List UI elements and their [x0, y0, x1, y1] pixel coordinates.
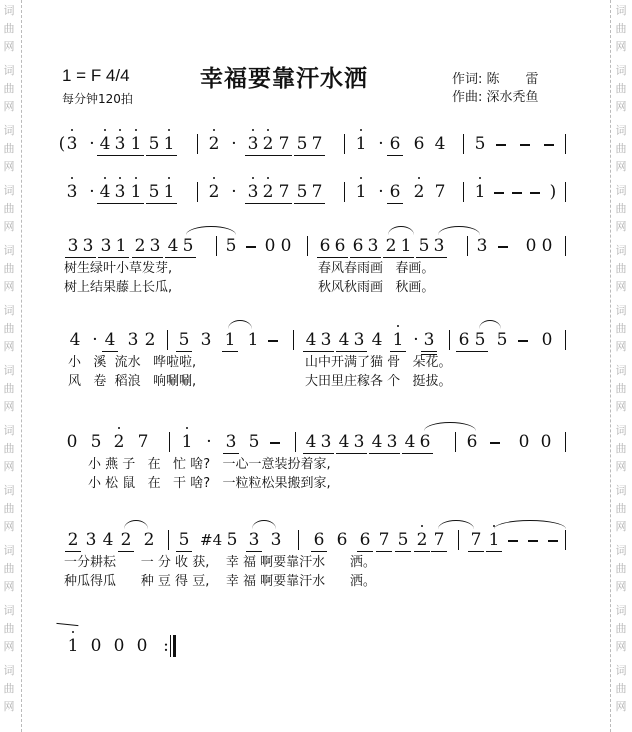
note: 2 [416, 530, 428, 550]
watermark-char: 网 [614, 518, 628, 536]
note: 4 [434, 134, 446, 154]
bar-line [167, 330, 168, 350]
bar-line [169, 432, 170, 452]
lyric-line: 一分耕耘 一 分 收 获, 幸 福 啊要靠汗水 洒。 [64, 555, 376, 571]
note: 3 [100, 236, 112, 256]
note: 3 [67, 236, 79, 256]
note: 6 [352, 236, 364, 256]
note: 3 [423, 330, 435, 350]
note: 5 [148, 134, 160, 154]
watermark-char: 网 [2, 398, 16, 416]
watermark-char: 曲 [2, 20, 16, 38]
high-octave-dot [360, 129, 362, 131]
composer-name: 深水秃鱼 [487, 90, 539, 105]
tie-slur [124, 520, 148, 529]
note: 2 [262, 182, 274, 202]
note: 3 [82, 236, 94, 256]
watermark-char: 曲 [614, 440, 628, 458]
watermark-char: 网 [2, 698, 16, 716]
note: 6 [334, 236, 346, 256]
note: 6 [389, 182, 401, 202]
note: 7 [434, 182, 446, 202]
watermark-char: 词 [614, 662, 628, 680]
sustain-dash [270, 442, 280, 444]
watermark-char: 词 [614, 242, 628, 260]
note: 2 [262, 134, 274, 154]
dotted-note-mark: · [228, 134, 240, 154]
note: 4 [338, 330, 350, 350]
note: 3 [149, 236, 161, 256]
lyric-line: 山中开满了猫 骨 朵花。 [305, 355, 452, 371]
watermark-char: 网 [614, 38, 628, 56]
note: 3 [247, 182, 259, 202]
watermark-char: 网 [614, 638, 628, 656]
note: 1 [355, 134, 367, 154]
note: 7 [278, 134, 290, 154]
note: 3 [225, 432, 237, 452]
note: 0 [525, 236, 537, 256]
watermark-char: 曲 [614, 200, 628, 218]
sustain-dash [518, 340, 528, 342]
watermark-char: 词 [2, 542, 16, 560]
left-margin-line [21, 0, 22, 732]
note: 0 [540, 432, 552, 452]
bar-line [565, 530, 566, 550]
note: 3 [367, 236, 379, 256]
dotted-note-mark: · [375, 134, 387, 154]
note: 3 [66, 134, 78, 154]
note: 6 [359, 530, 371, 550]
dotted-note-mark: · [86, 134, 98, 154]
note: 1 [181, 432, 193, 452]
note: 3 [270, 530, 282, 550]
bar-line [197, 182, 198, 202]
note: 7 [278, 182, 290, 202]
note: 2 [134, 236, 146, 256]
sustain-dash [246, 246, 256, 248]
note: 4 [371, 432, 383, 452]
bar-line [298, 530, 299, 550]
lyric-line: 秋风秋雨画 秋画。 [318, 280, 434, 296]
high-octave-dot [168, 177, 170, 179]
tie-slur [228, 320, 252, 329]
composer-label: 作曲: [452, 90, 482, 105]
note: 1 [130, 134, 142, 154]
note: 0 [264, 236, 276, 256]
note: 2 [385, 236, 397, 256]
watermark-char: 曲 [2, 620, 16, 638]
high-octave-dot [135, 129, 137, 131]
note: 1 [355, 182, 367, 202]
tie-slur [438, 226, 480, 235]
watermark-char: 词 [2, 482, 16, 500]
watermark-char: 曲 [2, 200, 16, 218]
note: 0 [280, 236, 292, 256]
note: 4 [102, 530, 114, 550]
note: 6 [458, 330, 470, 350]
note: 5 [90, 432, 102, 452]
note: 5 [418, 236, 430, 256]
bar-line [293, 330, 294, 350]
watermark-char: 词 [614, 422, 628, 440]
lyric-line: 种瓜得瓜 种 豆 得 豆, 幸 福 啊要靠汗水 洒。 [64, 574, 376, 590]
sustain-dash [496, 144, 506, 146]
note: 5 [226, 530, 238, 550]
note: 4 [99, 134, 111, 154]
note: 1 [400, 236, 412, 256]
end-repeat-thick-bar [173, 635, 176, 657]
watermark-char: 网 [2, 218, 16, 236]
note: 0 [518, 432, 530, 452]
note: 5 [248, 432, 260, 452]
bar-line [467, 236, 468, 256]
tie-continuation [56, 623, 79, 634]
watermark-char: 曲 [2, 140, 16, 158]
dotted-note-mark: · [410, 330, 422, 350]
high-octave-dot [267, 177, 269, 179]
tempo: 每分钟120拍 [62, 90, 133, 107]
note: 5 [496, 330, 508, 350]
high-octave-dot [104, 177, 106, 179]
lyricist-name: 陈 雷 [487, 72, 539, 87]
note: 0 [113, 636, 125, 656]
note: 1 [474, 182, 486, 202]
dotted-note-mark: · [375, 182, 387, 202]
note: 3 [386, 432, 398, 452]
watermark-char: 网 [2, 278, 16, 296]
high-octave-dot [267, 129, 269, 131]
sustain-dash [548, 540, 558, 542]
watermark-char: 词 [2, 302, 16, 320]
high-octave-dot [360, 177, 362, 179]
watermark-char: 词 [2, 2, 16, 20]
sustain-dash [528, 540, 538, 542]
note: 5 [178, 330, 190, 350]
tie-slur [479, 320, 501, 329]
note: 1 [163, 182, 175, 202]
watermark-char: 网 [2, 158, 16, 176]
high-octave-dot [186, 427, 188, 429]
note: 2 [113, 432, 125, 452]
watermark-char: 曲 [614, 500, 628, 518]
watermark-char: 网 [614, 218, 628, 236]
note: 3 [353, 330, 365, 350]
watermark-char: 词 [614, 182, 628, 200]
watermark-char: 曲 [614, 80, 628, 98]
bar-line [449, 330, 450, 350]
note: 4 [338, 432, 350, 452]
watermark-char: 网 [614, 698, 628, 716]
high-octave-dot [71, 177, 73, 179]
song-title: 幸福要靠汗水洒 [200, 60, 368, 93]
bar-line [458, 530, 459, 550]
high-octave-dot [418, 177, 420, 179]
dotted-note-mark: · [228, 182, 240, 202]
note: 5 [296, 182, 308, 202]
note: 4 [371, 330, 383, 350]
note: 6 [413, 134, 425, 154]
note: 5 [225, 236, 237, 256]
bar-line [565, 236, 566, 256]
right-margin-line [610, 0, 611, 732]
note: 5 [148, 182, 160, 202]
note: 3 [85, 530, 97, 550]
note: 2 [143, 530, 155, 550]
watermark-char: 词 [614, 362, 628, 380]
watermark-char: 词 [614, 2, 628, 20]
watermark-char: 曲 [2, 500, 16, 518]
note: 4 [69, 330, 81, 350]
lyric-line: 小 燕 子 在 忙 啥? 一心一意装扮着家, [88, 457, 331, 473]
watermark-char: 曲 [2, 320, 16, 338]
note: 6 [319, 236, 331, 256]
sustain-dash [512, 192, 522, 194]
watermark-char: 曲 [2, 680, 16, 698]
watermark-char: 曲 [614, 560, 628, 578]
high-octave-dot [479, 177, 481, 179]
high-octave-dot [213, 129, 215, 131]
note: 7 [378, 530, 390, 550]
lyric-line: 大田里庄稼各 个 挺拔。 [305, 374, 452, 390]
note: 3 [127, 330, 139, 350]
note: 2 [208, 134, 220, 154]
note: 0 [541, 236, 553, 256]
watermark-char: 曲 [614, 140, 628, 158]
note: ) [547, 182, 559, 202]
note: 3 [114, 182, 126, 202]
bar-line [463, 134, 464, 154]
note: 4 [167, 236, 179, 256]
note: 5 [474, 134, 486, 154]
watermark-char: 词 [614, 602, 628, 620]
note: 7 [470, 530, 482, 550]
note: 1 [247, 330, 259, 350]
watermark-char: 曲 [2, 380, 16, 398]
watermark-char: 词 [614, 542, 628, 560]
dotted-note-mark: · [203, 432, 215, 452]
bar-line [565, 330, 566, 350]
note: 2 [144, 330, 156, 350]
note: 3 [200, 330, 212, 350]
note: 4 [404, 432, 416, 452]
note: 3 [248, 530, 260, 550]
watermark-char: 曲 [614, 680, 628, 698]
note: 3 [320, 432, 332, 452]
sustain-dash [520, 144, 530, 146]
composer-credit: 作曲: 深水秃鱼 [452, 86, 539, 105]
watermark-char: 词 [614, 482, 628, 500]
note: 2 [67, 530, 79, 550]
tie-slur [494, 520, 566, 529]
note: 0 [66, 432, 78, 452]
watermark-char: 词 [614, 302, 628, 320]
high-octave-dot [119, 177, 121, 179]
note: 7 [311, 134, 323, 154]
watermark-char: 词 [2, 662, 16, 680]
watermark-char: 词 [614, 62, 628, 80]
note: 5 [474, 330, 486, 350]
note: 1 [115, 236, 127, 256]
lyric-line: 小 溪 流水 哗啦啦, [68, 355, 196, 371]
bar-line [197, 134, 198, 154]
tie-slur [438, 520, 474, 529]
watermark-char: 网 [614, 278, 628, 296]
sustain-dash [498, 246, 508, 248]
high-octave-dot [118, 427, 120, 429]
watermark-char: 曲 [614, 260, 628, 278]
note: 0 [136, 636, 148, 656]
high-octave-dot [397, 325, 399, 327]
watermark-char: 曲 [614, 20, 628, 38]
watermark-char: 网 [2, 518, 16, 536]
watermark-char: 曲 [614, 380, 628, 398]
end-repeat-thin-bar [170, 635, 171, 657]
note: 3 [433, 236, 445, 256]
watermark-char: 词 [2, 122, 16, 140]
watermark-char: 曲 [614, 320, 628, 338]
watermark-char: 网 [614, 458, 628, 476]
tie-slur [388, 226, 414, 235]
note: 6 [419, 432, 431, 452]
sustain-dash [530, 192, 540, 194]
lyricist-label: 作词: [452, 72, 482, 87]
watermark-char: 网 [2, 98, 16, 116]
note: 1 [392, 330, 404, 350]
high-octave-dot [135, 177, 137, 179]
note: #4 [200, 530, 216, 550]
high-octave-dot [71, 129, 73, 131]
note: 1 [488, 530, 500, 550]
note: 3 [353, 432, 365, 452]
high-octave-dot [252, 129, 254, 131]
sustain-dash [494, 192, 504, 194]
note: 4 [104, 330, 116, 350]
watermark-char: 网 [2, 638, 16, 656]
note: 4 [305, 330, 317, 350]
note: 4 [305, 432, 317, 452]
note: 5 [296, 134, 308, 154]
note: 3 [114, 134, 126, 154]
watermark-char: 曲 [2, 80, 16, 98]
tie-slur [186, 226, 236, 235]
lyric-line: 树生绿叶小草发芽, [64, 261, 172, 277]
watermark-char: 网 [2, 458, 16, 476]
watermark-char: 曲 [2, 440, 16, 458]
high-octave-dot [104, 129, 106, 131]
note: 6 [313, 530, 325, 550]
note: 6 [389, 134, 401, 154]
watermark-char: 词 [2, 182, 16, 200]
note: 0 [90, 636, 102, 656]
watermark-char: 词 [2, 422, 16, 440]
high-octave-dot [421, 525, 423, 527]
dotted-note-mark: · [89, 330, 101, 350]
bar-line [565, 134, 566, 154]
note: 1 [130, 182, 142, 202]
note: 6 [466, 432, 478, 452]
bar-line [565, 432, 566, 452]
watermark-char: 词 [614, 122, 628, 140]
sustain-dash [268, 340, 278, 342]
bar-line [455, 432, 456, 452]
sustain-dash [490, 442, 500, 444]
tie-slur [424, 422, 476, 431]
note: 7 [433, 530, 445, 550]
watermark-char: 词 [2, 602, 16, 620]
watermark-char: 网 [614, 338, 628, 356]
bar-line [463, 182, 464, 202]
watermark-char: 曲 [614, 620, 628, 638]
note: 1 [67, 636, 79, 656]
key-signature: 1 = F 4/4 [62, 66, 130, 86]
note: 3 [320, 330, 332, 350]
bar-line [344, 182, 345, 202]
note: 2 [413, 182, 425, 202]
bar-line [168, 530, 169, 550]
lyric-line: 小 松 鼠 在 干 啥? 一粒粒松果搬到家, [88, 476, 331, 492]
bar-line [344, 134, 345, 154]
note: 1 [224, 330, 236, 350]
note: 3 [476, 236, 488, 256]
note: 7 [137, 432, 149, 452]
watermark-char: 曲 [2, 560, 16, 578]
bar-line [307, 236, 308, 256]
high-octave-dot [252, 177, 254, 179]
watermark-char: 网 [2, 578, 16, 596]
note: 2 [120, 530, 132, 550]
note: 3 [247, 134, 259, 154]
high-octave-dot [168, 129, 170, 131]
note: 6 [336, 530, 348, 550]
watermark-char: 词 [2, 362, 16, 380]
note: 4 [99, 182, 111, 202]
note: 5 [182, 236, 194, 256]
note: 5 [397, 530, 409, 550]
lyric-line: 风 卷 稻浪 响唰唰, [68, 374, 196, 390]
watermark-char: 网 [2, 338, 16, 356]
note: 3 [66, 182, 78, 202]
sustain-dash [544, 144, 554, 146]
watermark-char: 网 [614, 578, 628, 596]
watermark-char: 网 [614, 98, 628, 116]
watermark-char: 曲 [2, 260, 16, 278]
note: 5 [178, 530, 190, 550]
lyric-line: 春风春雨画 春画。 [318, 261, 434, 277]
high-octave-dot [213, 177, 215, 179]
note: 2 [208, 182, 220, 202]
note: 7 [311, 182, 323, 202]
watermark-char: 网 [614, 158, 628, 176]
tie-slur [252, 520, 276, 529]
bar-line [216, 236, 217, 256]
watermark-char: 网 [2, 38, 16, 56]
note: 1 [163, 134, 175, 154]
watermark-char: 词 [2, 242, 16, 260]
dotted-note-mark: · [86, 182, 98, 202]
bar-line [565, 182, 566, 202]
sustain-dash [508, 540, 518, 542]
high-octave-dot [119, 129, 121, 131]
note: 0 [541, 330, 553, 350]
watermark-char: 网 [614, 398, 628, 416]
lyric-line: 树上结果藤上长瓜, [64, 280, 172, 296]
bar-line [295, 432, 296, 452]
watermark-char: 词 [2, 62, 16, 80]
lyricist-credit: 作词: 陈 雷 [452, 68, 539, 87]
